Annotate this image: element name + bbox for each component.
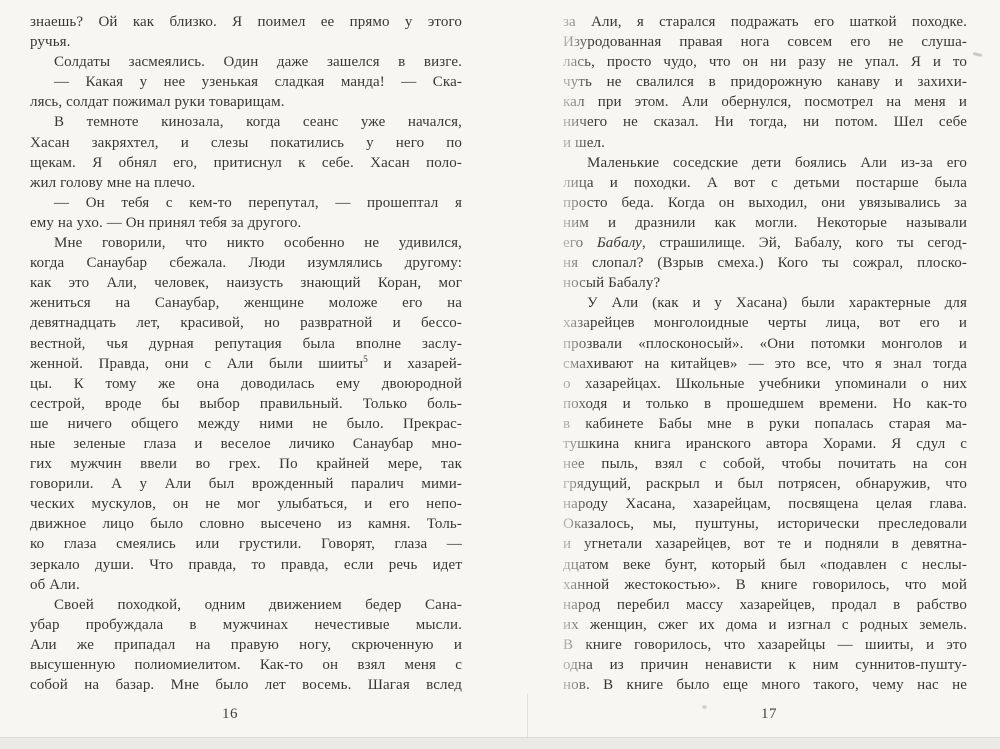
text-line: походя и только в прошедшем времени. Но … bbox=[563, 394, 967, 414]
footnote-marker: 5 bbox=[363, 355, 368, 365]
text-line: за Али, я старался подражать его шаткой … bbox=[563, 12, 967, 32]
text-line: ему на ухо. — Он принял тебя за другого. bbox=[30, 213, 462, 233]
text-line: лясь, солдат пожимал руки товарищам. bbox=[30, 92, 462, 112]
gutter-line bbox=[527, 694, 528, 737]
text-line: Маленькие соседские дети боялись Али из-… bbox=[563, 153, 967, 173]
scan-speck bbox=[702, 705, 707, 709]
text-line: В темноте кинозала, когда сеанс уже нача… bbox=[30, 112, 462, 132]
page-right-text: за Али, я старался подражать его шаткой … bbox=[563, 12, 967, 695]
text-line: лась, просто чудо, что он ни разу не упа… bbox=[563, 52, 967, 72]
text-line: ним и дразнили как могли. Некоторые назы… bbox=[563, 213, 967, 233]
text-line: ко глаза смеялись или грустили. Говорят,… bbox=[30, 534, 462, 554]
scan-bottom-edge bbox=[0, 737, 1000, 749]
text-line: вестной, чья дурная репутация была вполн… bbox=[30, 334, 462, 354]
text-line: грядущий, раскрыл и был потрясен, обнару… bbox=[563, 474, 967, 494]
text-line: прозвали «плосконосый». «Они потомки мон… bbox=[563, 334, 967, 354]
text-line: Мне говорили, что никто особенно не удив… bbox=[30, 233, 462, 253]
text-line: лица и походки. А вот с детьми постарше … bbox=[563, 173, 967, 193]
text-line: движное лицо было словно высечено из кам… bbox=[30, 514, 462, 534]
text-line: женной. Правда, они с Али были шииты5 и … bbox=[30, 354, 462, 374]
text-line: народу Хасана, хазарейцам, посвящена цел… bbox=[563, 494, 967, 514]
text-line: смахивают на китайцев» — это все, что я … bbox=[563, 354, 967, 374]
text-line: ня слопал? (Взрыв смеха.) Кого ты сожрал… bbox=[563, 253, 967, 273]
text-line: знаешь? Ой как близко. Я поимел ее прямо… bbox=[30, 12, 462, 32]
text-line: цы. К тому же она доводилась ему двоюрод… bbox=[30, 374, 462, 394]
text-line: одна из причин ненависти к ним суннитов-… bbox=[563, 655, 967, 675]
text-line: собой на базар. Мне было лет восемь. Шаг… bbox=[30, 675, 462, 695]
text-line: жил голову мне на плечо. bbox=[30, 173, 462, 193]
text-line: хазарейцев монголоидные черты лица, вот … bbox=[563, 313, 967, 333]
text-line: в кабинете Бабы мне в руки попалась стар… bbox=[563, 414, 967, 434]
text-line: жениться на Санаубар, женщине моложе его… bbox=[30, 293, 462, 313]
text-line: говорили. А у Али был врожденный паралич… bbox=[30, 474, 462, 494]
text-line: ручья. bbox=[30, 32, 462, 52]
text-line: его Бабалу, страшилище. Эй, Бабалу, кого… bbox=[563, 233, 967, 253]
text-line: щекам. Я обнял его, притиснул к себе. Ха… bbox=[30, 153, 462, 173]
page-left-text: знаешь? Ой как близко. Я поимел ее прямо… bbox=[30, 12, 462, 695]
text-line: У Али (как и у Хасана) были характерные … bbox=[563, 293, 967, 313]
text-line: ческих мускулов, он не мог улыбаться, и … bbox=[30, 494, 462, 514]
text-line: как это Али, человек, наизусть знающий К… bbox=[30, 273, 462, 293]
text-line: и угнетали хазарейцев, вот те и подняли … bbox=[563, 534, 967, 554]
text-line: Оказалось, мы, пуштуны, исторически прес… bbox=[563, 514, 967, 534]
text-line: гих мужчин ввели во грех. По крайней мер… bbox=[30, 454, 462, 474]
scan-speck bbox=[973, 52, 982, 57]
text-line: кал при этом. Али обернулся, посмотрел н… bbox=[563, 92, 967, 112]
text-line: высушенную полиомиелитом. Как-то он взял… bbox=[30, 655, 462, 675]
text-line: об Али. bbox=[30, 575, 462, 595]
text-line: народ перебил массу хазарейцев, продал в… bbox=[563, 595, 967, 615]
text-line: ше ничего общего между ними не было. Пре… bbox=[30, 414, 462, 434]
book-scan: знаешь? Ой как близко. Я поимел ее прямо… bbox=[0, 0, 1000, 749]
text-line: девятнадцать лет, красивой, но развратно… bbox=[30, 313, 462, 333]
text-line: и шел. bbox=[563, 133, 967, 153]
text-line: их женщин, сжег их дома и изгнал с родны… bbox=[563, 615, 967, 635]
text-line: ничего не сказал. Ни тогда, ни потом. Ше… bbox=[563, 112, 967, 132]
text-line: зеркало души. Что правда, то правда, есл… bbox=[30, 555, 462, 575]
text-line: ные зеленые глаза и веселое личико Санау… bbox=[30, 434, 462, 454]
text-line: — Он тебя с кем-то перепутал, — прошепта… bbox=[30, 193, 462, 213]
text-line: дцатом веке бунт, который был «подавлен … bbox=[563, 555, 967, 575]
text-line: нов. В книге было еще много такого, чему… bbox=[563, 675, 967, 695]
text-line: когда Санаубар сбежала. Люди изумлялись … bbox=[30, 253, 462, 273]
text-line: ханной жестокостью». В книге говорилось,… bbox=[563, 575, 967, 595]
text-line: Своей походкой, одним движением бедер Са… bbox=[30, 595, 462, 615]
text-line: чуть не свалился в придорожную канаву и … bbox=[563, 72, 967, 92]
text-line: о хазарейцах. Школьные учебники упоминал… bbox=[563, 374, 967, 394]
text-line: Солдаты засмеялись. Один даже зашелся в … bbox=[30, 52, 462, 72]
text-line: носый Бабалу? bbox=[563, 273, 967, 293]
text-line: Изуродованная правая нога совсем его не … bbox=[563, 32, 967, 52]
text-line: В книге говорилось, что хазарейцы — шиит… bbox=[563, 635, 967, 655]
text-line: Али же припадал на правую ногу, скрюченн… bbox=[30, 635, 462, 655]
text-line: сестрой, вроде бы выбор правильный. Толь… bbox=[30, 394, 462, 414]
text-line: убар пробуждала в мужчинах нечестивые мы… bbox=[30, 615, 462, 635]
text-line: тушкина книга иранского автора Хорами. Я… bbox=[563, 434, 967, 454]
text-line: нее пыль, взял с собой, чтобы почитать н… bbox=[563, 454, 967, 474]
page-number-right: 17 bbox=[563, 706, 975, 723]
text-line: просто беда. Когда он выходил, они увязы… bbox=[563, 193, 967, 213]
text-line: — Какая у нее узенькая сладкая манда! — … bbox=[30, 72, 462, 92]
page-number-left: 16 bbox=[30, 706, 430, 723]
text-line: Хасан закряхтел, и слезы покатились у не… bbox=[30, 133, 462, 153]
